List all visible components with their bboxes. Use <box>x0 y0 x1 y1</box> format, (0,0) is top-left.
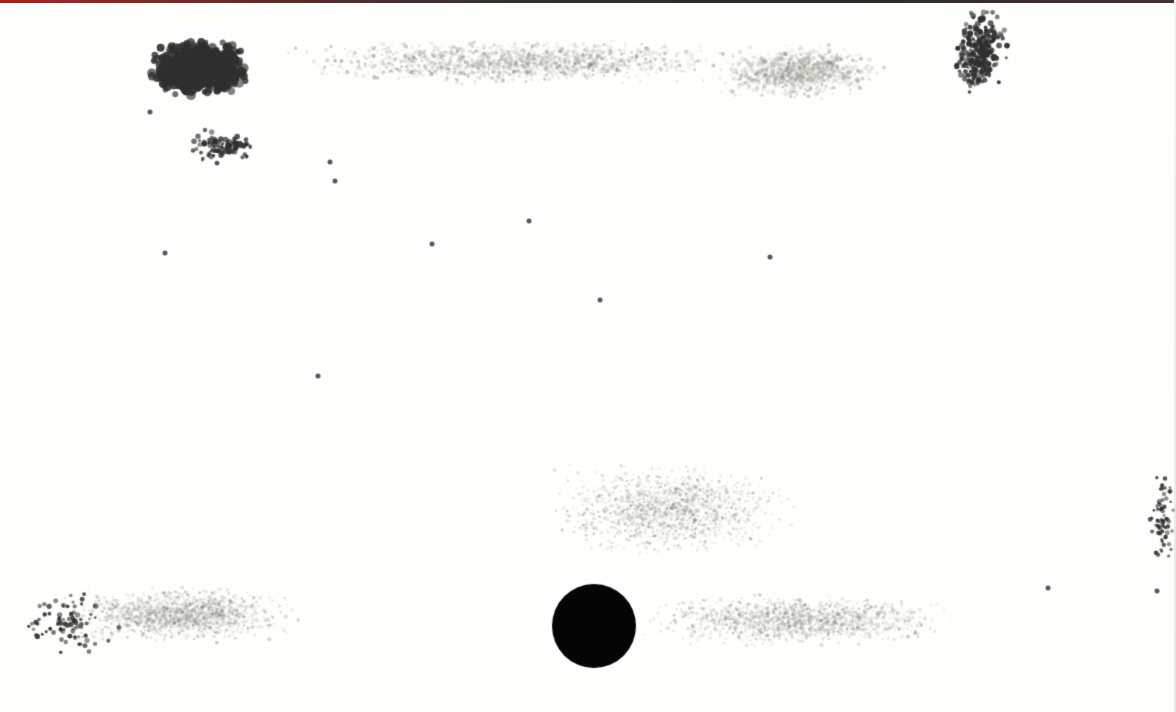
scanned-card <box>0 0 1176 712</box>
ink-blots-layer <box>0 0 1176 712</box>
